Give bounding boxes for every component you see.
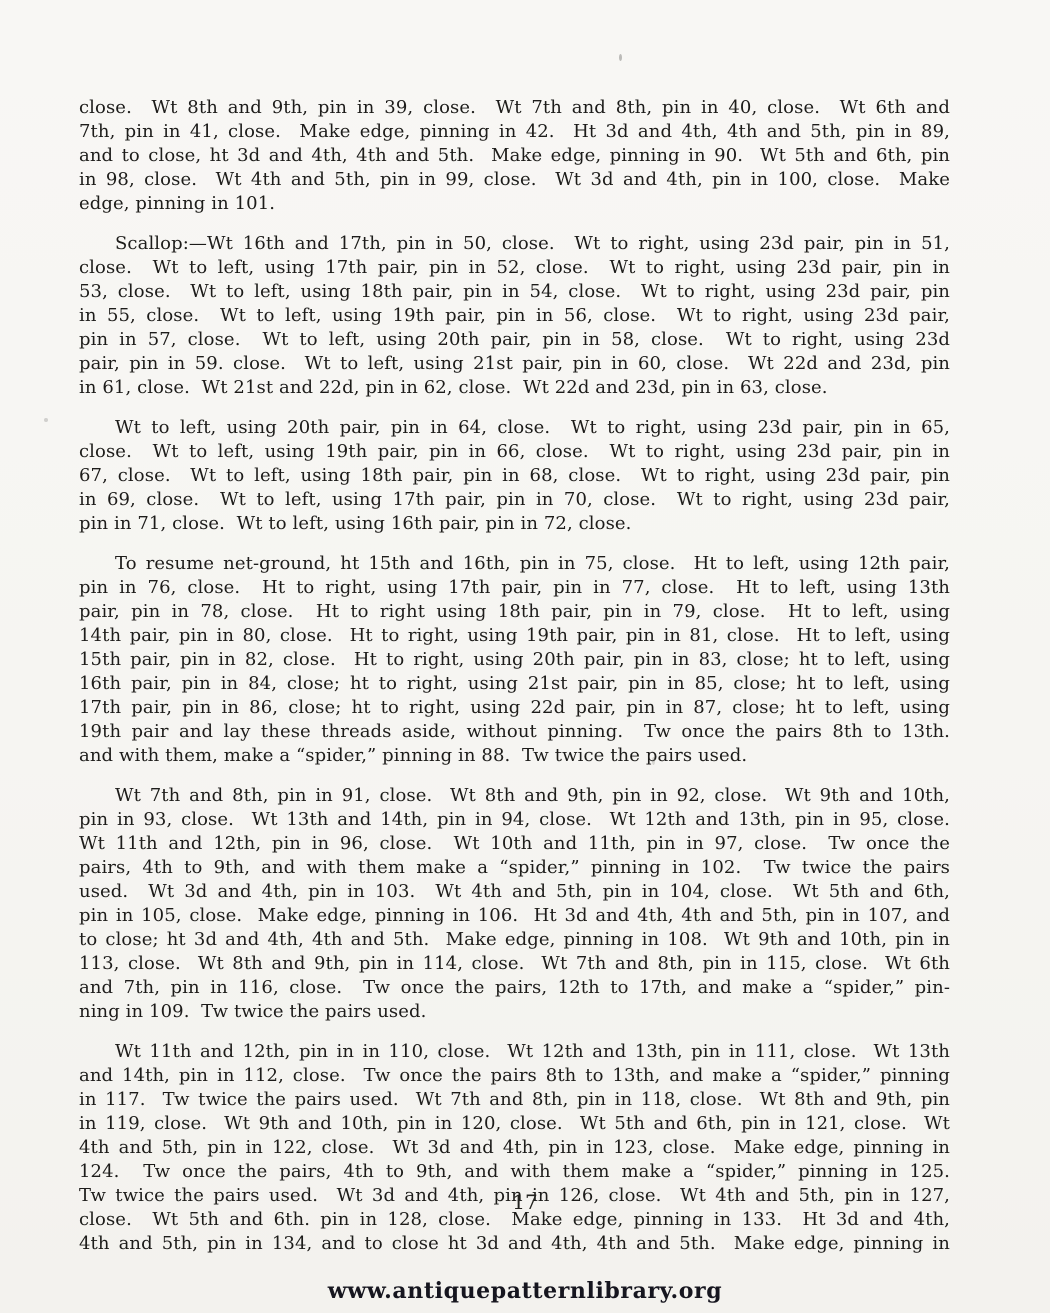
text-line: To resume net-ground, ht 15th and 16th, …	[79, 552, 950, 576]
text-line: Scallop:—Wt 16th and 17th, pin in 50, cl…	[79, 232, 950, 256]
text-line: 15th pair, pin in 82, close. Ht to right…	[79, 648, 950, 672]
text-line: used. Wt 3d and 4th, pin in 103. Wt 4th …	[79, 880, 950, 904]
text-line: Wt 11th and 12th, pin in in 110, close. …	[79, 1040, 950, 1064]
text-line: pin in 105, close. Make edge, pinning in…	[79, 904, 950, 928]
text-line: pin in 76, close. Ht to right, using 17t…	[79, 576, 950, 600]
text-line: 124. Tw once the pairs, 4th to 9th, and …	[79, 1160, 950, 1184]
text-line: close. Wt 8th and 9th, pin in 39, close.…	[79, 96, 950, 120]
text-line: in 119, close. Wt 9th and 10th, pin in 1…	[79, 1112, 950, 1136]
scanned-book-page: { "page": { "page_number": "17", "footer…	[0, 0, 1050, 1313]
text-line: in 61, close. Wt 21st and 22d, pin in 62…	[79, 376, 950, 400]
body-text: close. Wt 8th and 9th, pin in 39, close.…	[79, 96, 950, 1272]
text-line: Wt 7th and 8th, pin in 91, close. Wt 8th…	[79, 784, 950, 808]
text-line: 14th pair, pin in 80, close. Ht to right…	[79, 624, 950, 648]
text-line: 4th and 5th, pin in 122, close. Wt 3d an…	[79, 1136, 950, 1160]
text-line: pair, pin in 78, close. Ht to right usin…	[79, 600, 950, 624]
scan-speck	[652, 757, 655, 765]
text-line: edge, pinning in 101.	[79, 192, 950, 216]
text-line: 53, close. Wt to left, using 18th pair, …	[79, 280, 950, 304]
text-line: in 69, close. Wt to left, using 17th pai…	[79, 488, 950, 512]
text-line: and 14th, pin in 112, close. Tw once the…	[79, 1064, 950, 1088]
text-line: in 117. Tw twice the pairs used. Wt 7th …	[79, 1088, 950, 1112]
footer-watermark-url: www.antiquepatternlibrary.org	[0, 1278, 1050, 1304]
text-line: 19th pair and lay these threads aside, w…	[79, 720, 950, 744]
page-number: 17	[0, 1190, 1050, 1214]
text-line: 4th and 5th, pin in 134, and to close ht…	[79, 1232, 950, 1256]
text-line: pair, pin in 59. close. Wt to left, usin…	[79, 352, 950, 376]
text-line: Wt 11th and 12th, pin in 96, close. Wt 1…	[79, 832, 950, 856]
text-line: 7th, pin in 41, close. Make edge, pinnin…	[79, 120, 950, 144]
text-line: 16th pair, pin in 84, close; ht to right…	[79, 672, 950, 696]
text-line: to close; ht 3d and 4th, 4th and 5th. Ma…	[79, 928, 950, 952]
text-line: and 7th, pin in 116, close. Tw once the …	[79, 976, 950, 1000]
text-line: and with them, make a “spider,” pinning …	[79, 744, 950, 768]
text-line: 113, close. Wt 8th and 9th, pin in 114, …	[79, 952, 950, 976]
text-line: and to close, ht 3d and 4th, 4th and 5th…	[79, 144, 950, 168]
text-line: 17th pair, pin in 86, close; ht to right…	[79, 696, 950, 720]
text-line: in 98, close. Wt 4th and 5th, pin in 99,…	[79, 168, 950, 192]
text-line: pin in 71, close. Wt to left, using 16th…	[79, 512, 950, 536]
text-line: 67, close. Wt to left, using 18th pair, …	[79, 464, 950, 488]
scan-speck	[44, 418, 48, 422]
text-line: pin in 57, close. Wt to left, using 20th…	[79, 328, 950, 352]
text-line: pairs, 4th to 9th, and with them make a …	[79, 856, 950, 880]
scan-speck	[619, 54, 622, 61]
text-line: close. Wt to left, using 19th pair, pin …	[79, 440, 950, 464]
text-line: Wt to left, using 20th pair, pin in 64, …	[79, 416, 950, 440]
text-line: pin in 93, close. Wt 13th and 14th, pin …	[79, 808, 950, 832]
text-line: close. Wt to left, using 17th pair, pin …	[79, 256, 950, 280]
text-line: in 55, close. Wt to left, using 19th pai…	[79, 304, 950, 328]
text-line: ning in 109. Tw twice the pairs used.	[79, 1000, 950, 1024]
